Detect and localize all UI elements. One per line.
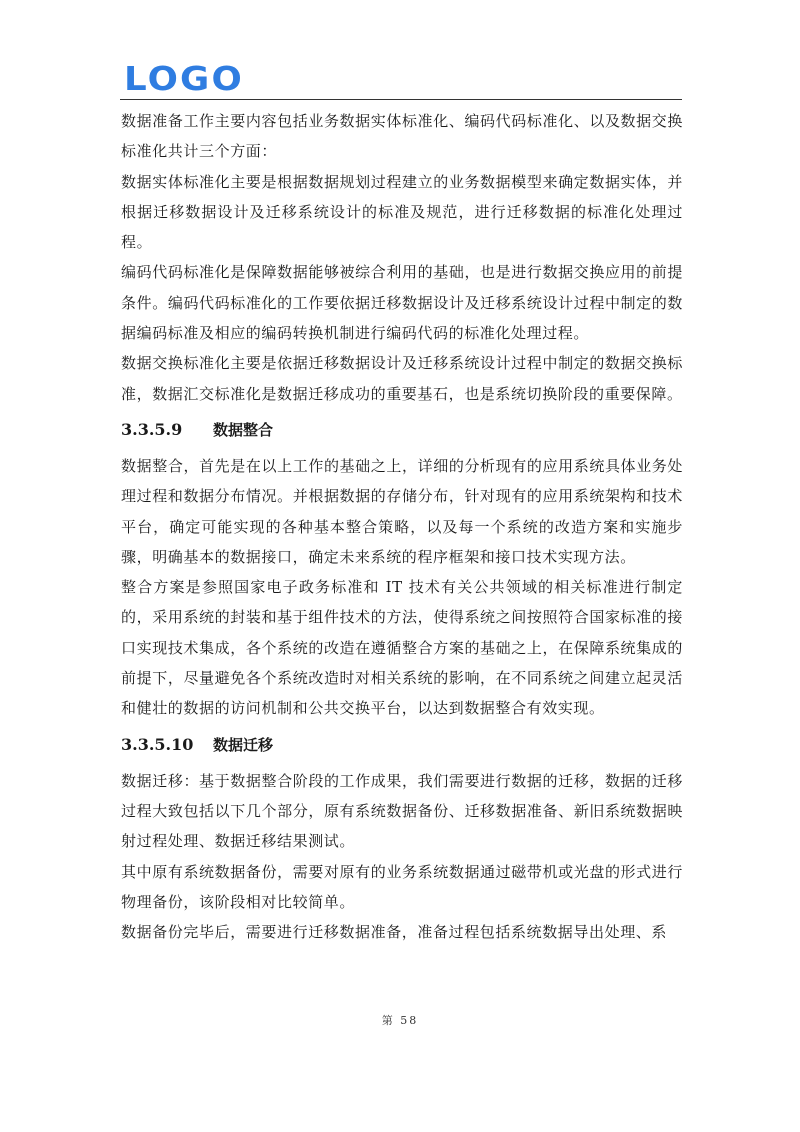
page-content: 数据准备工作主要内容包括业务数据实体标准化、编码代码标准化、以及数据交换标准化共… [121, 106, 683, 947]
section-number: 3.3.5.9 [121, 409, 213, 451]
section-heading-data-integration: 3.3.5.9 数据整合 [121, 409, 683, 451]
paragraph-integration-overview: 数据整合，首先是在以上工作的基础之上，详细的分析现有的应用系统具体业务处理过程和… [121, 451, 683, 572]
page-number: 第 58 [0, 1012, 800, 1028]
section-number: 3.3.5.10 [121, 724, 213, 766]
paragraph-migration-overview: 数据迁移：基于数据整合阶段的工作成果，我们需要进行数据的迁移，数据的迁移过程大致… [121, 766, 683, 857]
section-title: 数据迁移 [213, 724, 273, 766]
paragraph-code-standardization: 编码代码标准化是保障数据能够被综合利用的基础，也是进行数据交换应用的前提条件。编… [121, 257, 683, 348]
paragraph-migration-preparation: 数据备份完毕后，需要进行迁移数据准备，准备过程包括系统数据导出处理、系 [121, 917, 683, 947]
paragraph-migration-backup: 其中原有系统数据备份，需要对原有的业务系统数据通过磁带机或光盘的形式进行物理备份… [121, 857, 683, 918]
section-title: 数据整合 [213, 409, 273, 451]
logo: LOGO [124, 62, 244, 96]
paragraph-integration-plan: 整合方案是参照国家电子政务标准和 IT 技术有关公共领域的相关标准进行制定的，采… [121, 572, 683, 723]
header-divider [120, 99, 682, 100]
section-heading-data-migration: 3.3.5.10 数据迁移 [121, 724, 683, 766]
paragraph-exchange-standardization: 数据交换标准化主要是依据迁移数据设计及迁移系统设计过程中制定的数据交换标准，数据… [121, 348, 683, 409]
paragraph-intro: 数据准备工作主要内容包括业务数据实体标准化、编码代码标准化、以及数据交换标准化共… [121, 106, 683, 167]
paragraph-entity-standardization: 数据实体标准化主要是根据数据规划过程建立的业务数据模型来确定数据实体，并根据迁移… [121, 167, 683, 258]
document-page: LOGO 数据准备工作主要内容包括业务数据实体标准化、编码代码标准化、以及数据交… [0, 0, 800, 1132]
